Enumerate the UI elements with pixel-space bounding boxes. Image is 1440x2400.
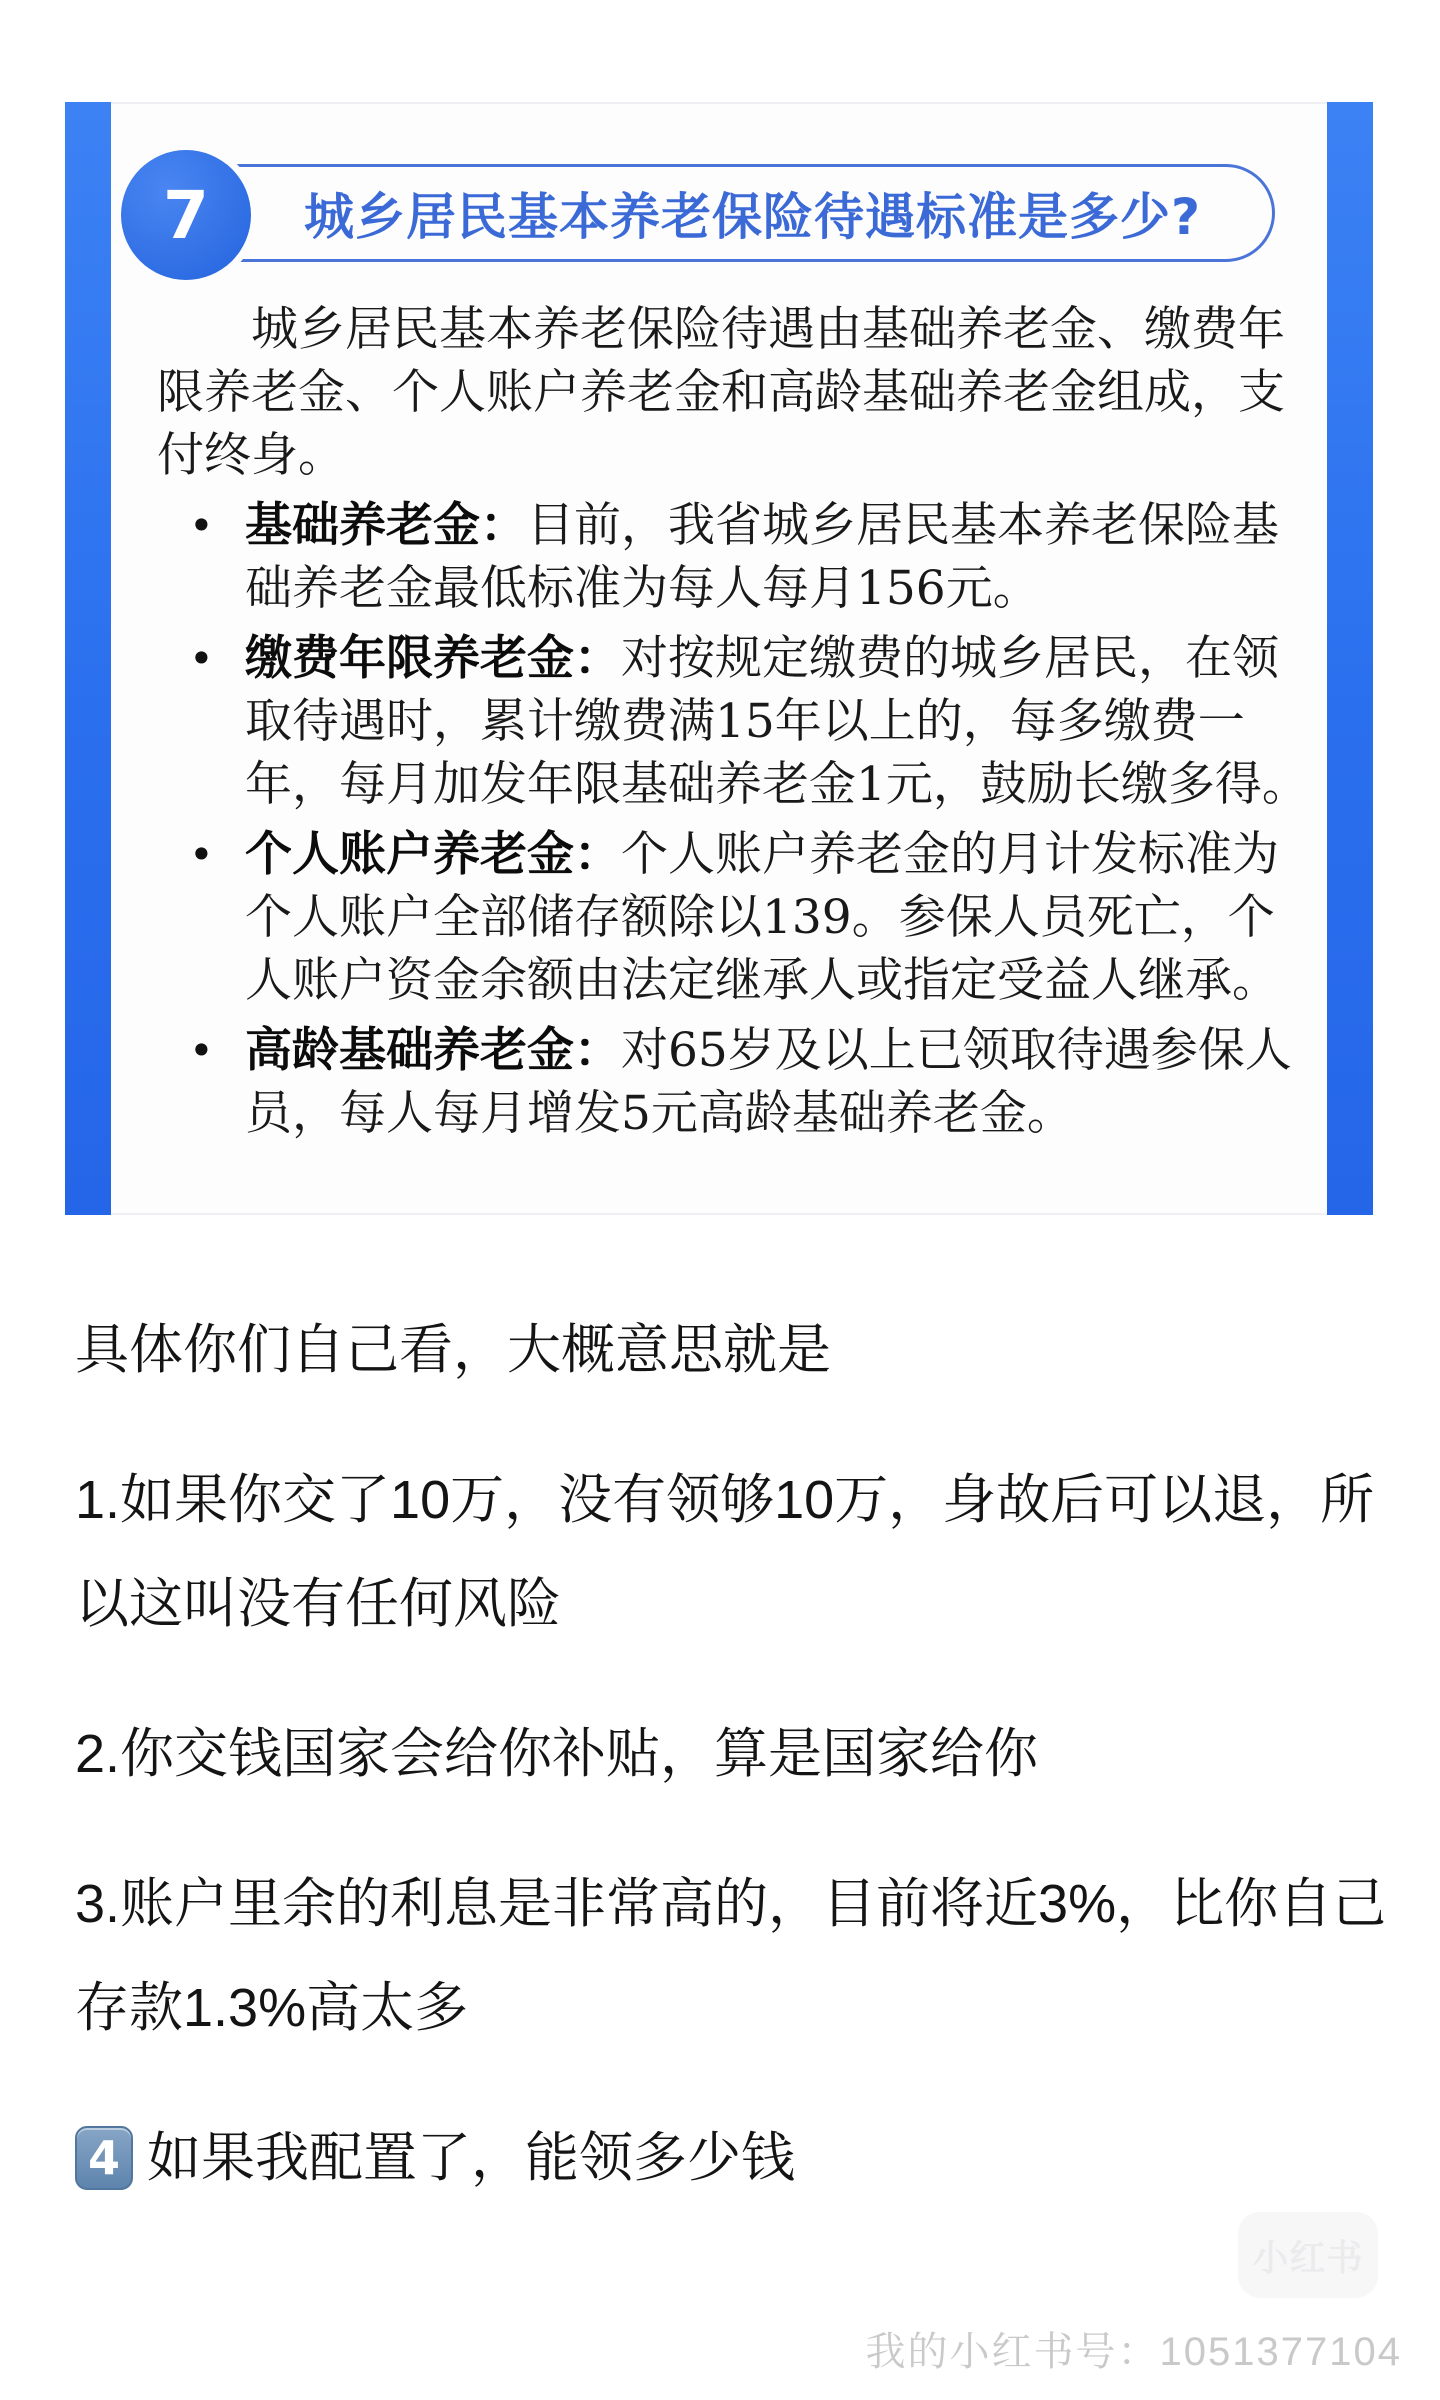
keycap-4-icon: 4	[75, 2126, 133, 2190]
bullet-icon: •	[189, 823, 245, 1012]
benefit-list: • 基础养老金：目前，我省城乡居民基本养老保险基础养老金最低标准为每人每月156…	[111, 494, 1327, 1145]
intro-paragraph: 城乡居民基本养老保险待遇由基础养老金、缴费年限养老金、个人账户养老金和高龄基础养…	[157, 298, 1313, 487]
commentary-lead: 具体你们自己看，大概意思就是	[75, 1298, 1388, 1402]
xiaohongshu-watermark-logo: 小红书	[1238, 2212, 1378, 2298]
question-number-badge: 7	[121, 150, 251, 280]
list-item: • 个人账户养老金：个人账户养老金的月计发标准为个人账户全部储存额除以139。参…	[189, 823, 1317, 1012]
pension-infographic-card: 城乡居民基本养老保险待遇标准是多少? 7 城乡居民基本养老保险待遇由基础养老金、…	[65, 102, 1373, 1215]
list-item-label: 基础养老金：	[245, 498, 527, 553]
list-item-label: 个人账户养老金：	[245, 827, 621, 882]
list-item-text: 高龄基础养老金：对65岁及以上已领取待遇参保人员，每人每月增发5元高龄基础养老金…	[245, 1019, 1317, 1145]
next-question-row: 4 如果我配置了，能领多少钱	[75, 2106, 1388, 2210]
list-item: • 高龄基础养老金：对65岁及以上已领取待遇参保人员，每人每月增发5元高龄基础养…	[189, 1019, 1317, 1145]
question-header: 城乡居民基本养老保险待遇标准是多少? 7	[121, 150, 1275, 282]
commentary-point-3: 3.账户里余的利息是非常高的，目前将近3%，比你自己存款1.3%高太多	[75, 1852, 1388, 2060]
list-item-text: 个人账户养老金：个人账户养老金的月计发标准为个人账户全部储存额除以139。参保人…	[245, 823, 1317, 1012]
question-title: 城乡居民基本养老保险待遇标准是多少?	[304, 177, 1201, 249]
bullet-icon: •	[189, 1019, 245, 1145]
question-title-pill: 城乡居民基本养老保险待遇标准是多少?	[179, 164, 1275, 262]
xiaohongshu-id-watermark: 我的小红书号：1051377104	[866, 2320, 1402, 2377]
next-question-text: 如果我配置了，能领多少钱	[147, 2106, 795, 2210]
commentary-point-1: 1.如果你交了10万，没有领够10万，身故后可以退，所以这叫没有任何风险	[75, 1448, 1388, 1656]
list-item: • 缴费年限养老金：对按规定缴费的城乡居民，在领取待遇时，累计缴费满15年以上的…	[189, 627, 1317, 816]
commentary-section: 具体你们自己看，大概意思就是 1.如果你交了10万，没有领够10万，身故后可以退…	[75, 1298, 1388, 2210]
list-item-label: 高龄基础养老金：	[245, 1023, 621, 1078]
list-item: • 基础养老金：目前，我省城乡居民基本养老保险基础养老金最低标准为每人每月156…	[189, 494, 1317, 620]
right-blue-accent-bar	[1327, 102, 1373, 1215]
list-item-label: 缴费年限养老金：	[245, 631, 621, 686]
list-item-text: 缴费年限养老金：对按规定缴费的城乡居民，在领取待遇时，累计缴费满15年以上的，每…	[245, 627, 1317, 816]
bullet-icon: •	[189, 627, 245, 816]
commentary-point-2: 2.你交钱国家会给你补贴，算是国家给你	[75, 1702, 1388, 1806]
bullet-icon: •	[189, 494, 245, 620]
list-item-text: 基础养老金：目前，我省城乡居民基本养老保险基础养老金最低标准为每人每月156元。	[245, 494, 1317, 620]
left-blue-accent-bar	[65, 102, 111, 1215]
card-body: 城乡居民基本养老保险待遇标准是多少? 7 城乡居民基本养老保险待遇由基础养老金、…	[111, 102, 1327, 1215]
